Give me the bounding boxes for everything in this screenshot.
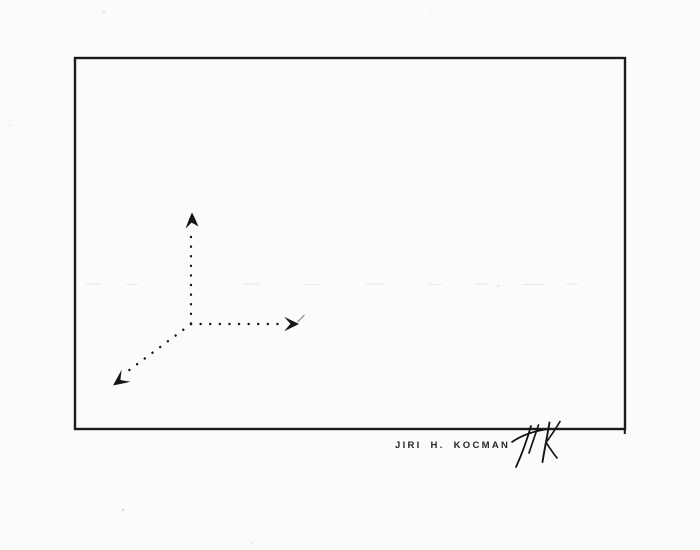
arrow-down-left-icon — [113, 324, 191, 386]
scanned-artwork-page: JIRI H. KOCMAN — [0, 0, 700, 550]
three-dotted-arrows — [113, 213, 305, 386]
arrow-down-left-dotted-shaft — [128, 324, 191, 371]
arrow-up-head — [186, 213, 199, 229]
scan-noise — [9, 7, 689, 544]
arrow-right-icon — [191, 315, 305, 331]
artwork-drawing — [0, 0, 700, 550]
signature-long-slash — [516, 426, 531, 467]
signature-top-bar — [512, 429, 549, 442]
signature-k-leg — [546, 443, 557, 459]
frame-rectangle — [75, 58, 625, 429]
signature-monogram-icon — [502, 416, 567, 470]
arrow-up-icon — [186, 213, 199, 324]
arrow-right-head — [284, 317, 299, 331]
arrow-right-pen-flick — [298, 315, 305, 322]
artwork-frame — [75, 58, 625, 434]
artist-name-caption: JIRI H. KOCMAN — [395, 440, 510, 451]
